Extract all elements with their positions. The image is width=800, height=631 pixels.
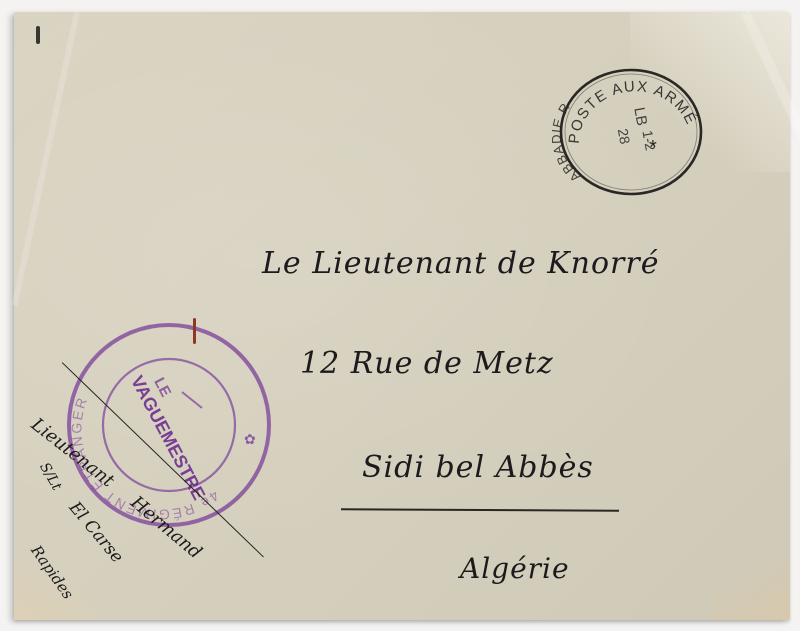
corner-wear [710,560,790,620]
address-line-country: Algérie [460,552,570,585]
postmark-date-2: 28 [615,127,633,145]
address-line-city: Sidi bel Abbès [362,450,594,485]
postmark-star-icon: * [649,137,657,159]
regimental-cachet: 4e RÉGIMENT ÉTRANGER LE VAGUEMESTRE ✿ [64,320,274,530]
postmark: POSTE AUX ARMÉES ABBADIE R. LB 28 1-2 * [557,66,705,198]
envelope-crease [12,11,80,306]
postmark-date-1: LB [630,106,650,127]
address-line-street: 12 Rue de Metz [300,346,554,381]
envelope-tear [36,26,40,44]
red-ink-mark [193,318,196,344]
cachet-star-icon: ✿ [244,432,256,448]
address-line-recipient: Le Lieutenant de Knorré [262,246,659,281]
